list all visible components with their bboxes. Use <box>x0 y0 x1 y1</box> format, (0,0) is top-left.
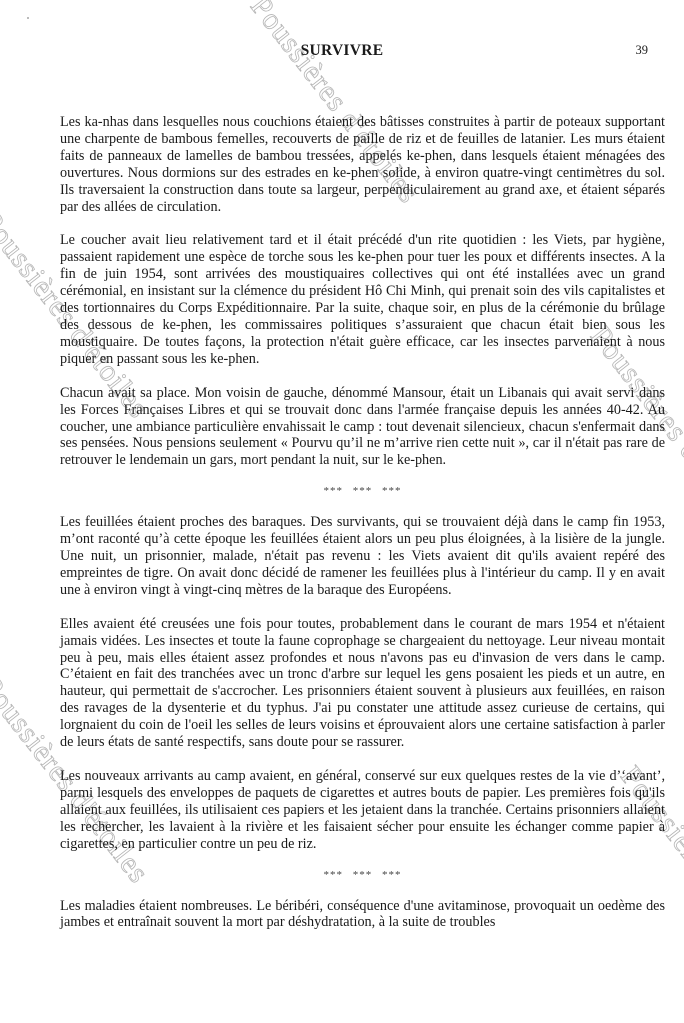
paragraph-feuillees: Les feuillées étaient proches des baraqu… <box>60 514 665 599</box>
paragraph-maladies: Les maladies étaient nombreuses. Le béri… <box>60 898 665 932</box>
page-body: Les ka-nhas dans lesquelles nous couchio… <box>60 114 665 931</box>
running-title: SURVIVRE <box>0 42 684 60</box>
scan-speck <box>27 17 29 19</box>
section-separator: *** *** *** <box>60 869 665 881</box>
paragraph-nouveaux-arrivants: Les nouveaux arrivants au camp avaient, … <box>60 768 665 853</box>
paragraph-coucher: Le coucher avait lieu relativement tard … <box>60 232 665 367</box>
paragraph-creusees: Elles avaient été creusées une fois pour… <box>60 616 665 751</box>
section-separator: *** *** *** <box>60 485 665 497</box>
paragraph-kanhas: Les ka-nhas dans lesquelles nous couchio… <box>60 114 665 215</box>
page-number: 39 <box>636 43 649 58</box>
paragraph-mansour: Chacun avait sa place. Mon voisin de gau… <box>60 385 665 470</box>
page-header: SURVIVRE 39 <box>0 42 684 64</box>
